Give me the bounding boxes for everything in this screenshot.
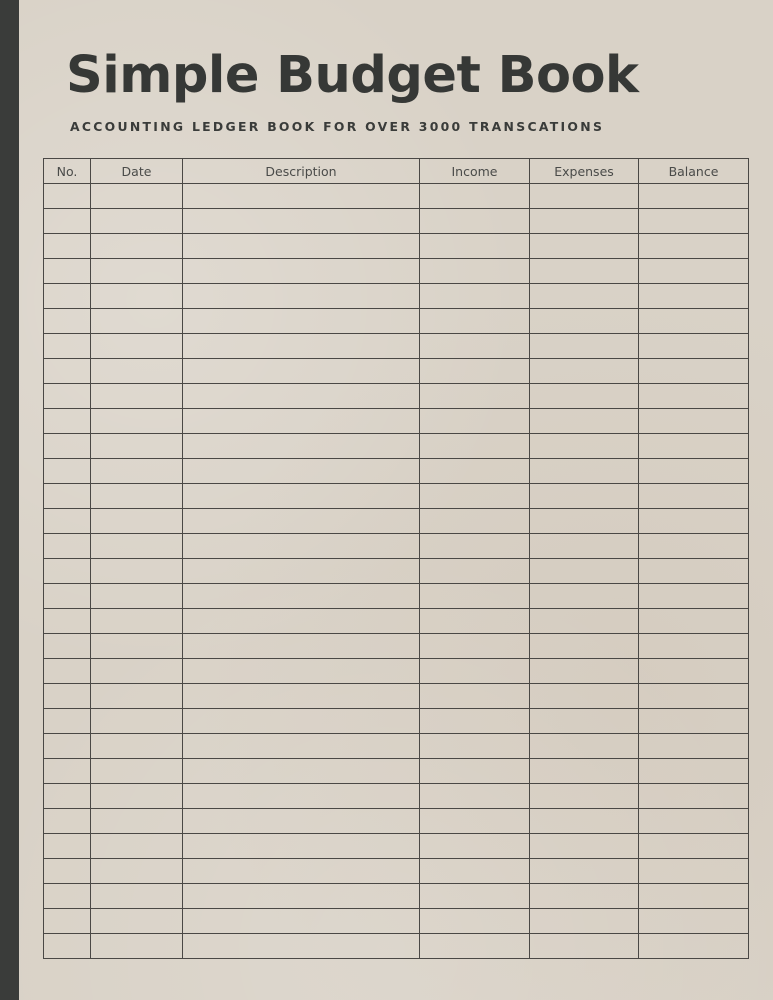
- ledger-cell-expenses: [530, 634, 639, 659]
- ledger-cell-balance: [639, 184, 749, 209]
- ledger-cell-no: [44, 834, 91, 859]
- ledger-body: [44, 184, 749, 959]
- ledger-cell-income: [420, 609, 530, 634]
- ledger-cell-date: [91, 534, 183, 559]
- ledger-cell-expenses: [530, 709, 639, 734]
- ledger-cell-income: [420, 734, 530, 759]
- ledger-cell-income: [420, 684, 530, 709]
- ledger-row: [44, 859, 749, 884]
- ledger-cell-balance: [639, 634, 749, 659]
- ledger-cell-no: [44, 209, 91, 234]
- ledger-cell-income: [420, 559, 530, 584]
- ledger-cell-date: [91, 284, 183, 309]
- ledger-cell-expenses: [530, 509, 639, 534]
- ledger-cell-description: [183, 259, 420, 284]
- ledger-cell-income: [420, 659, 530, 684]
- ledger-cell-date: [91, 884, 183, 909]
- ledger-cell-date: [91, 859, 183, 884]
- cover-subtitle: ACCOUNTING LEDGER BOOK FOR OVER 3000 TRA…: [70, 119, 604, 134]
- ledger-cell-balance: [639, 534, 749, 559]
- ledger-header-row: No. Date Description Income Expenses Bal…: [44, 159, 749, 184]
- ledger-row: [44, 734, 749, 759]
- column-header-balance: Balance: [639, 159, 749, 184]
- ledger-cell-income: [420, 634, 530, 659]
- ledger-cell-date: [91, 259, 183, 284]
- ledger-cell-expenses: [530, 659, 639, 684]
- ledger-cell-expenses: [530, 784, 639, 809]
- ledger-cell-balance: [639, 384, 749, 409]
- ledger-cell-expenses: [530, 534, 639, 559]
- ledger-cell-no: [44, 659, 91, 684]
- ledger-cell-expenses: [530, 859, 639, 884]
- cover-title: Simple Budget Book: [66, 50, 638, 101]
- ledger-cell-balance: [639, 734, 749, 759]
- ledger-cell-expenses: [530, 759, 639, 784]
- ledger-cell-description: [183, 859, 420, 884]
- ledger-cell-expenses: [530, 234, 639, 259]
- ledger-cell-balance: [639, 859, 749, 884]
- ledger-cell-expenses: [530, 684, 639, 709]
- ledger-cell-no: [44, 634, 91, 659]
- ledger-cell-description: [183, 584, 420, 609]
- ledger-row: [44, 284, 749, 309]
- ledger-row: [44, 934, 749, 959]
- ledger-cell-expenses: [530, 609, 639, 634]
- ledger-row: [44, 359, 749, 384]
- ledger-cell-no: [44, 459, 91, 484]
- ledger-row: [44, 884, 749, 909]
- ledger-row: [44, 259, 749, 284]
- ledger-cell-description: [183, 434, 420, 459]
- ledger-cell-income: [420, 759, 530, 784]
- ledger-cell-income: [420, 359, 530, 384]
- ledger-cell-expenses: [530, 384, 639, 409]
- column-header-income: Income: [420, 159, 530, 184]
- ledger-cell-expenses: [530, 209, 639, 234]
- ledger-cell-balance: [639, 309, 749, 334]
- ledger-cell-no: [44, 934, 91, 959]
- ledger-cell-balance: [639, 459, 749, 484]
- ledger-cell-description: [183, 334, 420, 359]
- ledger-cell-date: [91, 809, 183, 834]
- ledger-row: [44, 234, 749, 259]
- ledger-cell-income: [420, 484, 530, 509]
- ledger-cell-no: [44, 909, 91, 934]
- ledger-cell-balance: [639, 784, 749, 809]
- ledger-cell-balance: [639, 334, 749, 359]
- ledger-cell-date: [91, 659, 183, 684]
- column-header-expenses: Expenses: [530, 159, 639, 184]
- ledger-cell-no: [44, 584, 91, 609]
- ledger-cell-balance: [639, 409, 749, 434]
- ledger-cell-description: [183, 484, 420, 509]
- ledger-cell-date: [91, 834, 183, 859]
- ledger-cell-balance: [639, 559, 749, 584]
- ledger-cell-description: [183, 509, 420, 534]
- ledger-row: [44, 409, 749, 434]
- ledger-cell-date: [91, 234, 183, 259]
- ledger-cell-income: [420, 259, 530, 284]
- ledger-cell-income: [420, 884, 530, 909]
- ledger-cell-expenses: [530, 259, 639, 284]
- ledger-cell-balance: [639, 359, 749, 384]
- ledger-cell-expenses: [530, 734, 639, 759]
- ledger-cell-date: [91, 459, 183, 484]
- ledger-cell-balance: [639, 234, 749, 259]
- ledger-cell-date: [91, 759, 183, 784]
- ledger-cell-income: [420, 209, 530, 234]
- ledger-row: [44, 584, 749, 609]
- ledger-row: [44, 459, 749, 484]
- ledger-cell-balance: [639, 284, 749, 309]
- ledger-cell-description: [183, 834, 420, 859]
- ledger-cell-date: [91, 359, 183, 384]
- ledger-cell-no: [44, 234, 91, 259]
- ledger-cell-no: [44, 309, 91, 334]
- ledger-row: [44, 609, 749, 634]
- ledger-cell-date: [91, 309, 183, 334]
- column-header-no: No.: [44, 159, 91, 184]
- ledger-cell-description: [183, 909, 420, 934]
- ledger-cell-description: [183, 284, 420, 309]
- ledger-cell-no: [44, 809, 91, 834]
- ledger-cell-date: [91, 634, 183, 659]
- ledger-row: [44, 434, 749, 459]
- ledger-row: [44, 659, 749, 684]
- ledger-cell-expenses: [530, 434, 639, 459]
- ledger-cell-date: [91, 609, 183, 634]
- ledger-cell-no: [44, 759, 91, 784]
- ledger-cell-balance: [639, 709, 749, 734]
- ledger-row: [44, 909, 749, 934]
- ledger-cell-income: [420, 334, 530, 359]
- ledger-cell-income: [420, 384, 530, 409]
- ledger-cell-date: [91, 334, 183, 359]
- ledger-cell-balance: [639, 584, 749, 609]
- ledger-cell-date: [91, 384, 183, 409]
- column-header-date: Date: [91, 159, 183, 184]
- ledger-cell-expenses: [530, 359, 639, 384]
- ledger-cell-description: [183, 459, 420, 484]
- ledger-cell-date: [91, 209, 183, 234]
- ledger-cell-expenses: [530, 459, 639, 484]
- ledger-cell-no: [44, 284, 91, 309]
- ledger-cell-date: [91, 784, 183, 809]
- ledger-cell-date: [91, 434, 183, 459]
- ledger-cell-income: [420, 834, 530, 859]
- ledger-cell-balance: [639, 934, 749, 959]
- ledger-cell-income: [420, 809, 530, 834]
- ledger-cell-expenses: [530, 309, 639, 334]
- ledger-cell-description: [183, 309, 420, 334]
- ledger-cell-date: [91, 934, 183, 959]
- ledger-row: [44, 184, 749, 209]
- ledger-cell-no: [44, 384, 91, 409]
- ledger-cell-income: [420, 584, 530, 609]
- ledger-cell-description: [183, 809, 420, 834]
- ledger-cell-no: [44, 609, 91, 634]
- ledger-cell-description: [183, 784, 420, 809]
- ledger-cell-expenses: [530, 809, 639, 834]
- ledger-cell-balance: [639, 909, 749, 934]
- ledger-cell-balance: [639, 834, 749, 859]
- ledger-cell-balance: [639, 684, 749, 709]
- ledger-cell-no: [44, 734, 91, 759]
- ledger-cell-date: [91, 484, 183, 509]
- ledger-cell-income: [420, 459, 530, 484]
- book-spine: [0, 0, 19, 1000]
- ledger-cell-no: [44, 259, 91, 284]
- ledger-row: [44, 484, 749, 509]
- ledger-cell-no: [44, 484, 91, 509]
- ledger-cell-no: [44, 359, 91, 384]
- ledger-cell-no: [44, 684, 91, 709]
- ledger-cell-description: [183, 184, 420, 209]
- ledger-cell-income: [420, 534, 530, 559]
- ledger-row: [44, 784, 749, 809]
- ledger-cell-description: [183, 609, 420, 634]
- ledger-cell-description: [183, 934, 420, 959]
- ledger-cell-no: [44, 509, 91, 534]
- ledger-cell-income: [420, 184, 530, 209]
- ledger-row: [44, 634, 749, 659]
- ledger-cell-description: [183, 534, 420, 559]
- ledger-cell-expenses: [530, 834, 639, 859]
- ledger-row: [44, 559, 749, 584]
- ledger-cell-no: [44, 434, 91, 459]
- ledger-cell-balance: [639, 209, 749, 234]
- ledger-cell-expenses: [530, 334, 639, 359]
- ledger-cell-balance: [639, 759, 749, 784]
- ledger-cell-date: [91, 559, 183, 584]
- ledger-cell-expenses: [530, 409, 639, 434]
- ledger-row: [44, 309, 749, 334]
- ledger-cell-expenses: [530, 884, 639, 909]
- ledger-row: [44, 809, 749, 834]
- ledger-row: [44, 334, 749, 359]
- ledger-cell-income: [420, 284, 530, 309]
- ledger-cell-description: [183, 384, 420, 409]
- ledger-cell-expenses: [530, 909, 639, 934]
- ledger-cell-income: [420, 309, 530, 334]
- ledger-cell-income: [420, 859, 530, 884]
- ledger-row: [44, 759, 749, 784]
- ledger-cell-description: [183, 209, 420, 234]
- ledger-row: [44, 834, 749, 859]
- ledger-cell-no: [44, 184, 91, 209]
- ledger-cell-no: [44, 409, 91, 434]
- ledger-row: [44, 209, 749, 234]
- ledger-cell-balance: [639, 434, 749, 459]
- ledger-cell-date: [91, 684, 183, 709]
- ledger-cell-date: [91, 909, 183, 934]
- ledger-cell-no: [44, 859, 91, 884]
- ledger-cell-income: [420, 409, 530, 434]
- ledger-cell-balance: [639, 509, 749, 534]
- ledger-cell-income: [420, 784, 530, 809]
- ledger-row: [44, 709, 749, 734]
- ledger-table: No. Date Description Income Expenses Bal…: [43, 158, 749, 959]
- ledger-cell-balance: [639, 884, 749, 909]
- ledger-cell-date: [91, 734, 183, 759]
- ledger-cell-description: [183, 234, 420, 259]
- ledger-cell-balance: [639, 609, 749, 634]
- ledger-cell-description: [183, 734, 420, 759]
- column-header-description: Description: [183, 159, 420, 184]
- ledger-cell-date: [91, 509, 183, 534]
- ledger-cell-description: [183, 559, 420, 584]
- ledger-cell-income: [420, 509, 530, 534]
- ledger-cell-no: [44, 709, 91, 734]
- ledger-cell-no: [44, 784, 91, 809]
- ledger-cell-income: [420, 934, 530, 959]
- ledger-cell-balance: [639, 809, 749, 834]
- ledger-cell-income: [420, 234, 530, 259]
- ledger-cell-expenses: [530, 934, 639, 959]
- ledger-row: [44, 509, 749, 534]
- ledger-cell-balance: [639, 259, 749, 284]
- ledger-row: [44, 534, 749, 559]
- ledger-cell-expenses: [530, 284, 639, 309]
- ledger-cell-balance: [639, 659, 749, 684]
- ledger-cell-date: [91, 409, 183, 434]
- ledger-cell-description: [183, 409, 420, 434]
- ledger-cell-expenses: [530, 559, 639, 584]
- ledger-cell-date: [91, 709, 183, 734]
- ledger-cell-date: [91, 184, 183, 209]
- ledger-cell-date: [91, 584, 183, 609]
- ledger-cell-no: [44, 559, 91, 584]
- ledger-cell-expenses: [530, 184, 639, 209]
- ledger-row: [44, 384, 749, 409]
- ledger-cell-description: [183, 359, 420, 384]
- ledger-cell-no: [44, 334, 91, 359]
- ledger-cell-income: [420, 909, 530, 934]
- ledger-cell-description: [183, 884, 420, 909]
- ledger-cell-no: [44, 884, 91, 909]
- ledger-cell-description: [183, 659, 420, 684]
- ledger-cell-balance: [639, 484, 749, 509]
- ledger-cell-description: [183, 634, 420, 659]
- ledger-cell-description: [183, 709, 420, 734]
- ledger-cell-expenses: [530, 484, 639, 509]
- ledger-cell-income: [420, 709, 530, 734]
- ledger-cell-expenses: [530, 584, 639, 609]
- ledger-cell-income: [420, 434, 530, 459]
- ledger-cell-description: [183, 684, 420, 709]
- ledger-row: [44, 684, 749, 709]
- ledger-cell-no: [44, 534, 91, 559]
- ledger-cell-description: [183, 759, 420, 784]
